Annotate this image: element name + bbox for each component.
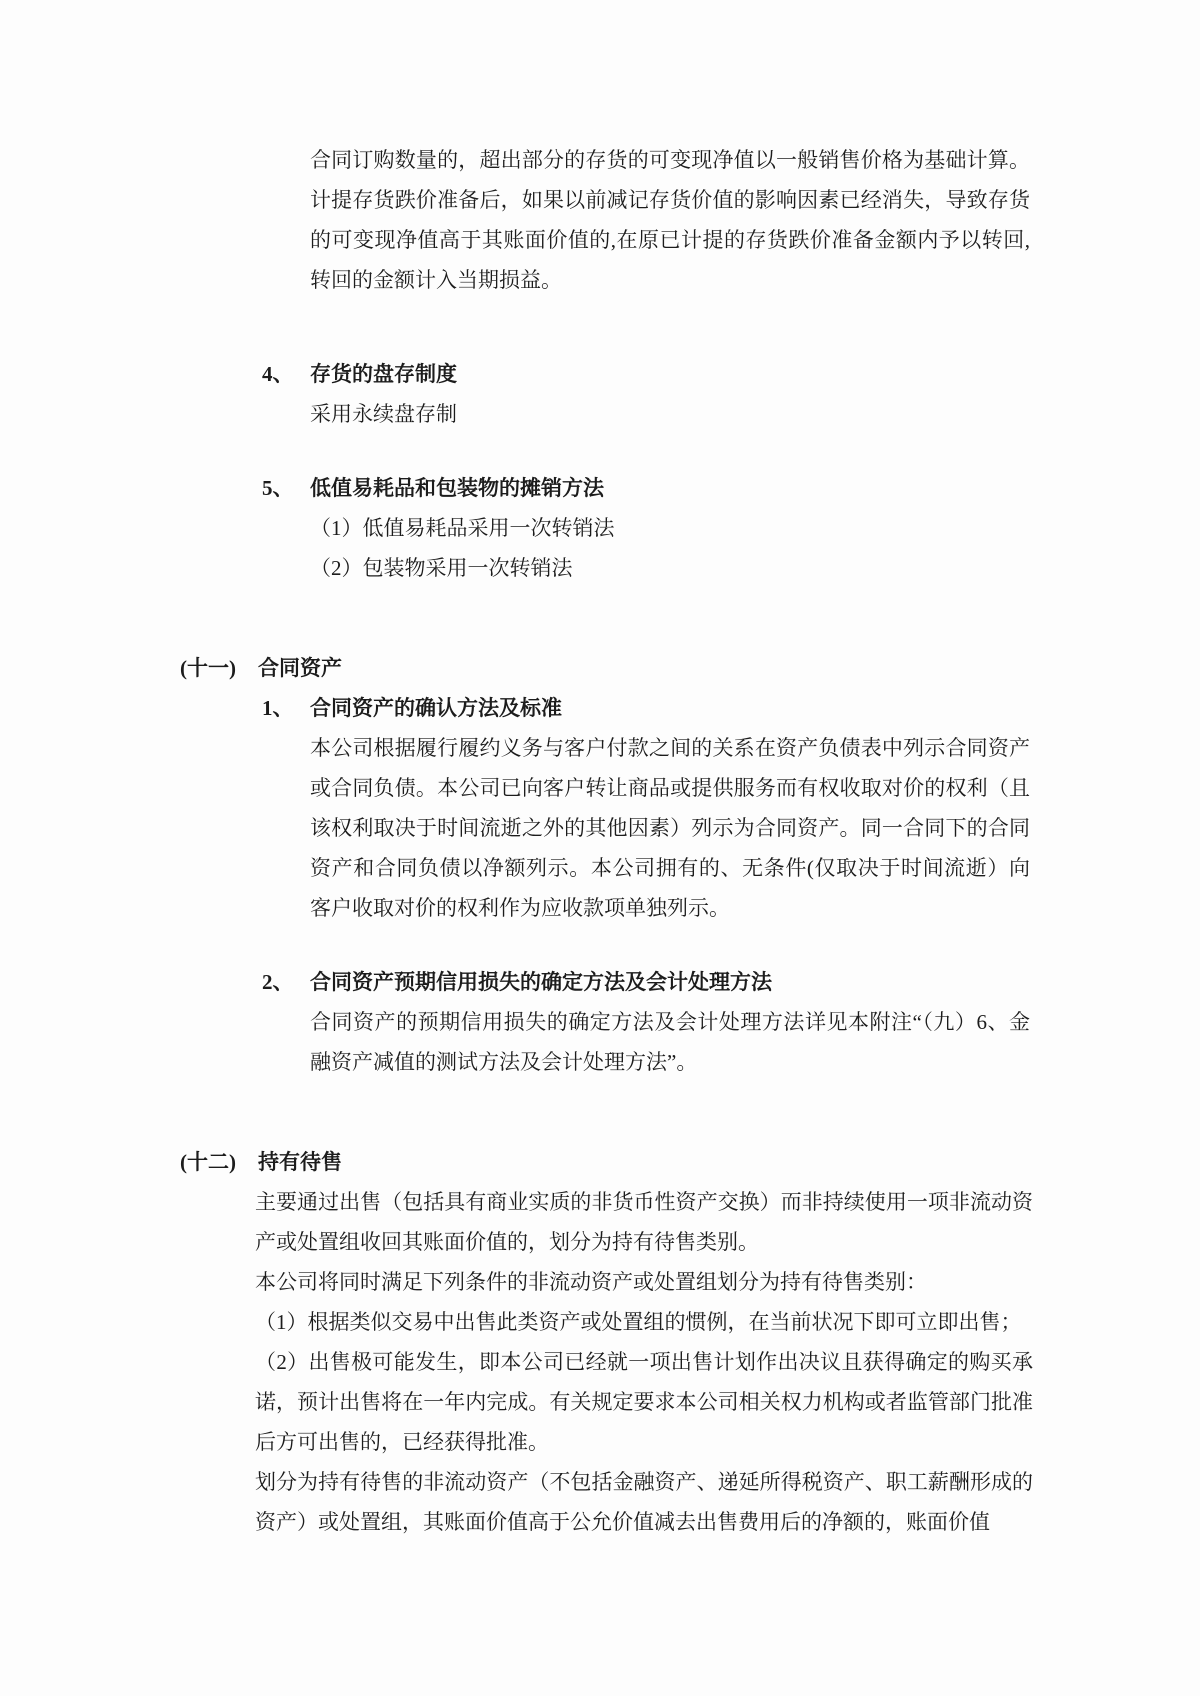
continuation-paragraph: 合同订购数量的，超出部分的存货的可变现净值以一般销售价格为基础计算。计提存货跌价… xyxy=(310,140,1030,300)
chapter-11-sub-1-body: 本公司根据履行履约义务与客户付款之间的关系在资产负债表中列示合同资产或合同负债。… xyxy=(310,728,1030,928)
section-4-body: 采用永续盘存制 xyxy=(310,394,1030,434)
chapter-11-sub-1: 1、 合同资产的确认方法及标准 本公司根据履行履约义务与客户付款之间的关系在资产… xyxy=(180,688,1040,928)
section-5-title: 低值易耗品和包装物的摊销方法 xyxy=(310,468,604,508)
chapter-11-number: (十一) xyxy=(180,648,258,688)
chapter-11-sub-2: 2、 合同资产预期信用损失的确定方法及会计处理方法 合同资产的预期信用损失的确定… xyxy=(180,962,1040,1082)
section-4-number: 4、 xyxy=(262,354,310,394)
document-page: 合同订购数量的，超出部分的存货的可变现净值以一般销售价格为基础计算。计提存货跌价… xyxy=(0,0,1200,1696)
section-5-heading: 5、 低值易耗品和包装物的摊销方法 xyxy=(262,468,1040,508)
section-5-number: 5、 xyxy=(262,468,310,508)
page-content: 合同订购数量的，超出部分的存货的可变现净值以一般销售价格为基础计算。计提存货跌价… xyxy=(180,140,1040,1542)
chapter-11: (十一) 合同资产 1、 合同资产的确认方法及标准 本公司根据履行履约义务与客户… xyxy=(180,648,1040,1082)
chapter-11-sub-2-number: 2、 xyxy=(262,962,310,1002)
chapter-11-sub-2-title: 合同资产预期信用损失的确定方法及会计处理方法 xyxy=(310,962,772,1002)
chapter-11-sub-1-number: 1、 xyxy=(262,688,310,728)
chapter-12-number: (十二) xyxy=(180,1142,258,1182)
chapter-12-paragraph: 主要通过出售（包括具有商业实质的非货币性资产交换）而非持续使用一项非流动资产或处… xyxy=(255,1182,1033,1262)
chapter-11-sub-2-heading: 2、 合同资产预期信用损失的确定方法及会计处理方法 xyxy=(262,962,1040,1002)
section-4: 4、 存货的盘存制度 采用永续盘存制 xyxy=(180,354,1040,434)
section-5-item: （2）包装物采用一次转销法 xyxy=(310,548,1030,588)
chapter-12-title: 持有待售 xyxy=(258,1142,342,1182)
chapter-11-sub-2-body: 合同资产的预期信用损失的确定方法及会计处理方法详见本附注“（九）6、金融资产减值… xyxy=(310,1002,1030,1082)
chapter-12: (十二) 持有待售 主要通过出售（包括具有商业实质的非货币性资产交换）而非持续使… xyxy=(180,1142,1040,1542)
chapter-12-heading: (十二) 持有待售 xyxy=(180,1142,1040,1182)
chapter-11-sub-1-heading: 1、 合同资产的确认方法及标准 xyxy=(262,688,1040,728)
chapter-12-paragraph: （1）根据类似交易中出售此类资产或处置组的惯例，在当前状况下即可立即出售； xyxy=(255,1302,1033,1342)
section-4-title: 存货的盘存制度 xyxy=(310,354,457,394)
chapter-11-title: 合同资产 xyxy=(258,648,342,688)
section-5: 5、 低值易耗品和包装物的摊销方法 （1）低值易耗品采用一次转销法 （2）包装物… xyxy=(180,468,1040,588)
section-5-item: （1）低值易耗品采用一次转销法 xyxy=(310,508,1030,548)
chapter-12-paragraph: 划分为持有待售的非流动资产（不包括金融资产、递延所得税资产、职工薪酬形成的资产）… xyxy=(255,1462,1033,1542)
section-4-heading: 4、 存货的盘存制度 xyxy=(262,354,1040,394)
chapter-12-paragraph: （2）出售极可能发生，即本公司已经就一项出售计划作出决议且获得确定的购买承诺，预… xyxy=(255,1342,1033,1462)
chapter-11-heading: (十一) 合同资产 xyxy=(180,648,1040,688)
chapter-11-sub-1-title: 合同资产的确认方法及标准 xyxy=(310,688,562,728)
chapter-12-paragraph: 本公司将同时满足下列条件的非流动资产或处置组划分为持有待售类别： xyxy=(255,1262,1033,1302)
